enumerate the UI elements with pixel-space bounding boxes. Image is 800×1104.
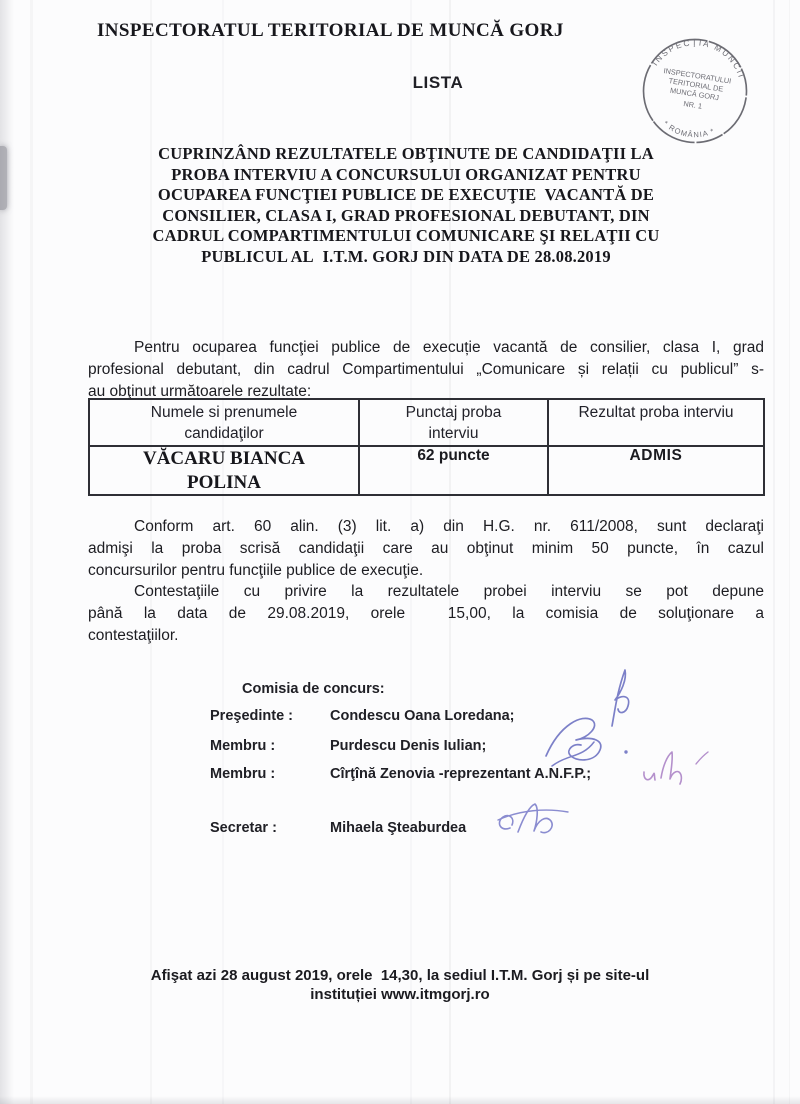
table-header-row: Numele si prenumele candidaţilor Punctaj… — [89, 399, 764, 446]
posting-footer: Afişat azi 28 august 2019, orele 14,30, … — [0, 966, 800, 1004]
footer-line: Afişat azi 28 august 2019, orele 14,30, … — [0, 966, 800, 985]
commission-role: Preşedinte : — [210, 708, 330, 724]
scan-bottom-edge-shadow — [0, 1096, 800, 1104]
subject-heading-line: PROBA INTERVIU A CONCURSULUI ORGANIZAT P… — [90, 165, 722, 186]
commission-row: Secretar : Mihaela Şteaburdea — [210, 820, 466, 836]
commission-heading: Comisia de concurs: — [242, 681, 385, 697]
commission-member-name: Condescu Oana Loredana; — [330, 708, 515, 724]
scan-streak — [773, 0, 775, 1104]
col-header-result: Rezultat proba interviu — [548, 399, 764, 446]
scan-edge-smudge — [0, 146, 7, 210]
col-header-name: Numele si prenumele candidaţilor — [89, 399, 359, 446]
subject-heading-line: CUPRINZÂND REZULTATELE OBŢINUTE DE CANDI… — [90, 144, 722, 165]
subject-heading-line: PUBLICUL AL I.T.M. GORJ DIN DATA DE 28.0… — [90, 247, 722, 268]
subject-heading-line: OCUPAREA FUNCŢIEI PUBLICE DE EXECUŢIE VA… — [90, 185, 722, 206]
paragraph-line: admişi la proba scrisă candidaţii care a… — [88, 538, 764, 560]
paragraph-line: concursurilor pentru funcţiile publice d… — [88, 560, 764, 582]
commission-row: Preşedinte : Condescu Oana Loredana; — [210, 708, 515, 724]
cell-score: 62 puncte — [359, 446, 548, 495]
page-title: LISTA — [338, 73, 538, 93]
intro-paragraph: Pentru ocuparea funcţiei publice de exec… — [88, 337, 764, 402]
stamp-graphic: INSPECŢIA MUNCII * ROMÂNIA * INSPECTORAT… — [630, 26, 760, 156]
signature-membru-2 — [636, 744, 716, 794]
col-header-score: Punctaj proba interviu — [359, 399, 548, 446]
body-paragraphs: Conform art. 60 alin. (3) lit. a) din H.… — [88, 516, 764, 647]
commission-role: Membru : — [210, 766, 330, 782]
commission-member-name: Mihaela Şteaburdea — [330, 820, 466, 836]
commission-row: Membru : Purdescu Denis Iulian; — [210, 738, 486, 754]
official-round-stamp: INSPECŢIA MUNCII * ROMÂNIA * INSPECTORAT… — [630, 26, 760, 156]
stamp-arc-top-text: INSPECŢIA MUNCII — [650, 31, 751, 81]
subject-heading: CUPRINZÂND REZULTATELE OBŢINUTE DE CANDI… — [90, 144, 722, 268]
paragraph-line: până la data de 29.08.2019, orele 15,00,… — [88, 603, 764, 625]
paragraph-line: profesional debutant, din cadrul Compart… — [88, 359, 764, 381]
subject-heading-line: CONSILIER, CLASA I, GRAD PROFESIONAL DEB… — [90, 206, 722, 227]
stamp-center-line: TERITORIAL DE — [668, 76, 724, 94]
cell-candidate-name: VĂCARU BIANCA POLINA — [89, 446, 359, 495]
commission-row: Membru : Cîrţînă Zenovia -reprezentant A… — [210, 766, 591, 782]
stamp-center-line: NR. 1 — [683, 99, 703, 111]
scan-left-edge-shadow — [0, 0, 14, 1104]
table-row: VĂCARU BIANCA POLINA 62 puncte ADMIS — [89, 446, 764, 495]
subject-heading-line: CADRUL COMPARTIMENTULUI COMUNICARE ŞI RE… — [90, 226, 722, 247]
stamp-center-line: INSPECTORATULUI — [663, 66, 732, 86]
commission-member-name: Cîrţînă Zenovia -reprezentant A.N.F.P.; — [330, 766, 591, 782]
footer-line: instituției www.itmgorj.ro — [0, 985, 800, 1004]
scanned-document-page: INSPECTORATUL TERITORIAL DE MUNCĂ GORJ L… — [0, 0, 800, 1104]
paragraph-line: contestaţiilor. — [88, 625, 764, 647]
paragraph-line: Conform art. 60 alin. (3) lit. a) din H.… — [88, 516, 764, 538]
cell-result: ADMIS — [548, 446, 764, 495]
stamp-center-line: MUNCĂ GORJ — [669, 86, 719, 103]
signature-membru-1 — [538, 710, 638, 770]
stamp-border-circle — [636, 32, 754, 150]
commission-role: Secretar : — [210, 820, 330, 836]
commission-member-name: Purdescu Denis Iulian; — [330, 738, 486, 754]
results-table: Numele si prenumele candidaţilor Punctaj… — [88, 398, 765, 496]
stamp-arc-bottom-text: * ROMÂNIA * — [660, 118, 717, 143]
letterhead: INSPECTORATUL TERITORIAL DE MUNCĂ GORJ — [97, 20, 564, 42]
scan-streak — [789, 0, 790, 1104]
scan-streak — [30, 0, 33, 1104]
commission-role: Membru : — [210, 738, 330, 754]
signature-presedinte — [592, 664, 647, 730]
signature-secretar — [486, 798, 576, 843]
paragraph-line: Pentru ocuparea funcţiei publice de exec… — [88, 337, 764, 359]
paragraph-line: Contestaţiile cu privire la rezultatele … — [88, 581, 764, 603]
